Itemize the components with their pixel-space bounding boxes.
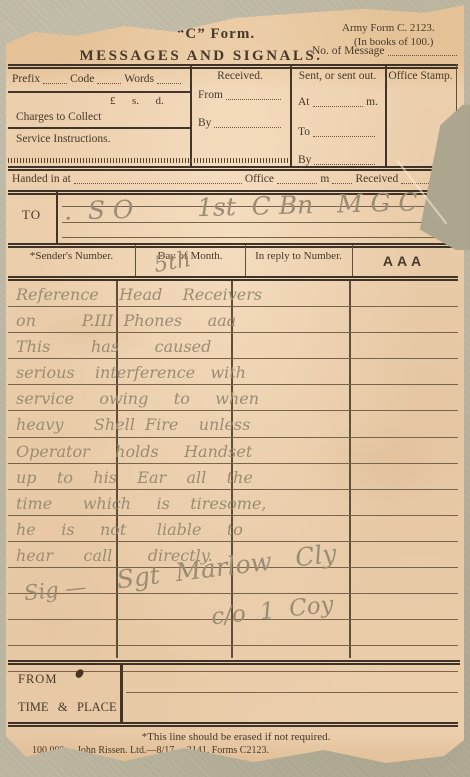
office-stamp-label: Office Stamp. bbox=[385, 71, 456, 83]
received-by-label: By bbox=[198, 118, 211, 130]
from-writing-line bbox=[126, 692, 458, 693]
message-line: he is not liable to bbox=[8, 520, 243, 539]
aaa-code: AAA bbox=[352, 253, 456, 269]
erase-footnote: *This line should be erased if not requi… bbox=[66, 731, 406, 743]
minutes-label: m bbox=[320, 174, 329, 186]
from-box-divider bbox=[120, 663, 123, 722]
received-label: Received bbox=[355, 174, 398, 186]
service-hatch-rule bbox=[8, 158, 290, 163]
prefix-label: Prefix bbox=[12, 74, 40, 86]
minutes-field bbox=[332, 175, 352, 184]
paper-sheet: “C” Form. MESSAGES AND SIGNALS. Army For… bbox=[6, 0, 464, 772]
to-label: TO bbox=[22, 207, 41, 223]
service-instructions-label: Service Instructions. bbox=[16, 134, 111, 146]
handed-in-field bbox=[74, 175, 242, 184]
paper-stain bbox=[36, 300, 156, 360]
message-line: time which is tiresome, bbox=[8, 494, 266, 513]
no-of-message-label: No. of Message bbox=[312, 46, 385, 58]
received-from-field bbox=[226, 91, 281, 100]
message-row: serious interference with bbox=[8, 359, 458, 385]
to-handwritten-address: . S O 1st C Bn M G C bbox=[64, 187, 418, 225]
message-row: service owing to when bbox=[8, 385, 458, 411]
message-line: Operator holds Handset bbox=[8, 442, 252, 461]
sent-to-field bbox=[313, 128, 375, 137]
no-of-message-field bbox=[388, 47, 458, 56]
message-line bbox=[8, 598, 16, 617]
message-line bbox=[8, 572, 16, 591]
sent-minutes-suffix: m. bbox=[366, 97, 378, 109]
message-line: service owing to when bbox=[8, 389, 259, 408]
to-writing-line-3 bbox=[62, 237, 460, 238]
office-field bbox=[277, 175, 317, 184]
day-of-month-handwritten: 5th bbox=[152, 247, 193, 278]
senders-number-label: *Sender's Number. bbox=[8, 250, 135, 262]
code-label: Code bbox=[70, 74, 94, 86]
paper-stain bbox=[306, 420, 446, 510]
words-label: Words bbox=[124, 74, 154, 86]
printer-imprint: 100,000.—John Rissen. Ltd.—8/17.—3141. F… bbox=[32, 745, 269, 756]
sent-by-field bbox=[314, 156, 375, 165]
scanned-army-message-form: { "document": { "header": { "form_title"… bbox=[0, 0, 470, 777]
sent-at-label: At bbox=[298, 97, 310, 109]
sent-to-label: To bbox=[298, 127, 310, 139]
message-bottom-rule bbox=[8, 660, 460, 662]
header-top-rule bbox=[8, 64, 458, 66]
time-place-label: TIME & PLACE bbox=[18, 700, 117, 715]
charges-label: Charges to Collect bbox=[16, 112, 101, 124]
message-line: serious interference with bbox=[8, 363, 246, 382]
message-line: up to his Ear all the bbox=[8, 468, 253, 487]
message-line bbox=[8, 624, 16, 643]
code-field bbox=[97, 75, 121, 84]
message-line: Reference Head Receivers bbox=[8, 285, 262, 304]
to-box-divider bbox=[56, 192, 58, 244]
currency-heading: £ s. d. bbox=[110, 95, 184, 107]
sent-at-field bbox=[313, 98, 364, 107]
handed-in-label: Handed in at bbox=[12, 174, 71, 186]
office-label: Office bbox=[245, 174, 274, 186]
from-box-bottom-rule bbox=[8, 722, 458, 724]
words-field bbox=[157, 75, 181, 84]
received-by-field bbox=[214, 119, 281, 128]
handed-row-top-rule bbox=[8, 166, 458, 168]
prefix-row-rule bbox=[8, 91, 190, 93]
form-title: “C” Form. bbox=[66, 26, 366, 43]
received-heading: Received. bbox=[190, 71, 290, 83]
received-from-label: From bbox=[198, 90, 223, 102]
sent-heading: Sent, or sent out. bbox=[290, 71, 385, 83]
message-row: he is not liable to bbox=[8, 516, 458, 542]
to-box-bottom-rule bbox=[8, 243, 458, 245]
sender-row-bottom-rule bbox=[8, 276, 458, 278]
charges-rule bbox=[8, 127, 190, 129]
in-reply-label: In reply to Number. bbox=[245, 250, 352, 262]
from-label: FROM bbox=[18, 672, 57, 687]
message-line: heavy Shell Fire unless bbox=[8, 415, 250, 434]
prefix-field bbox=[43, 75, 67, 84]
sent-by-label: By bbox=[298, 155, 311, 167]
army-form-line1: Army Form C. 2123. bbox=[342, 22, 460, 36]
